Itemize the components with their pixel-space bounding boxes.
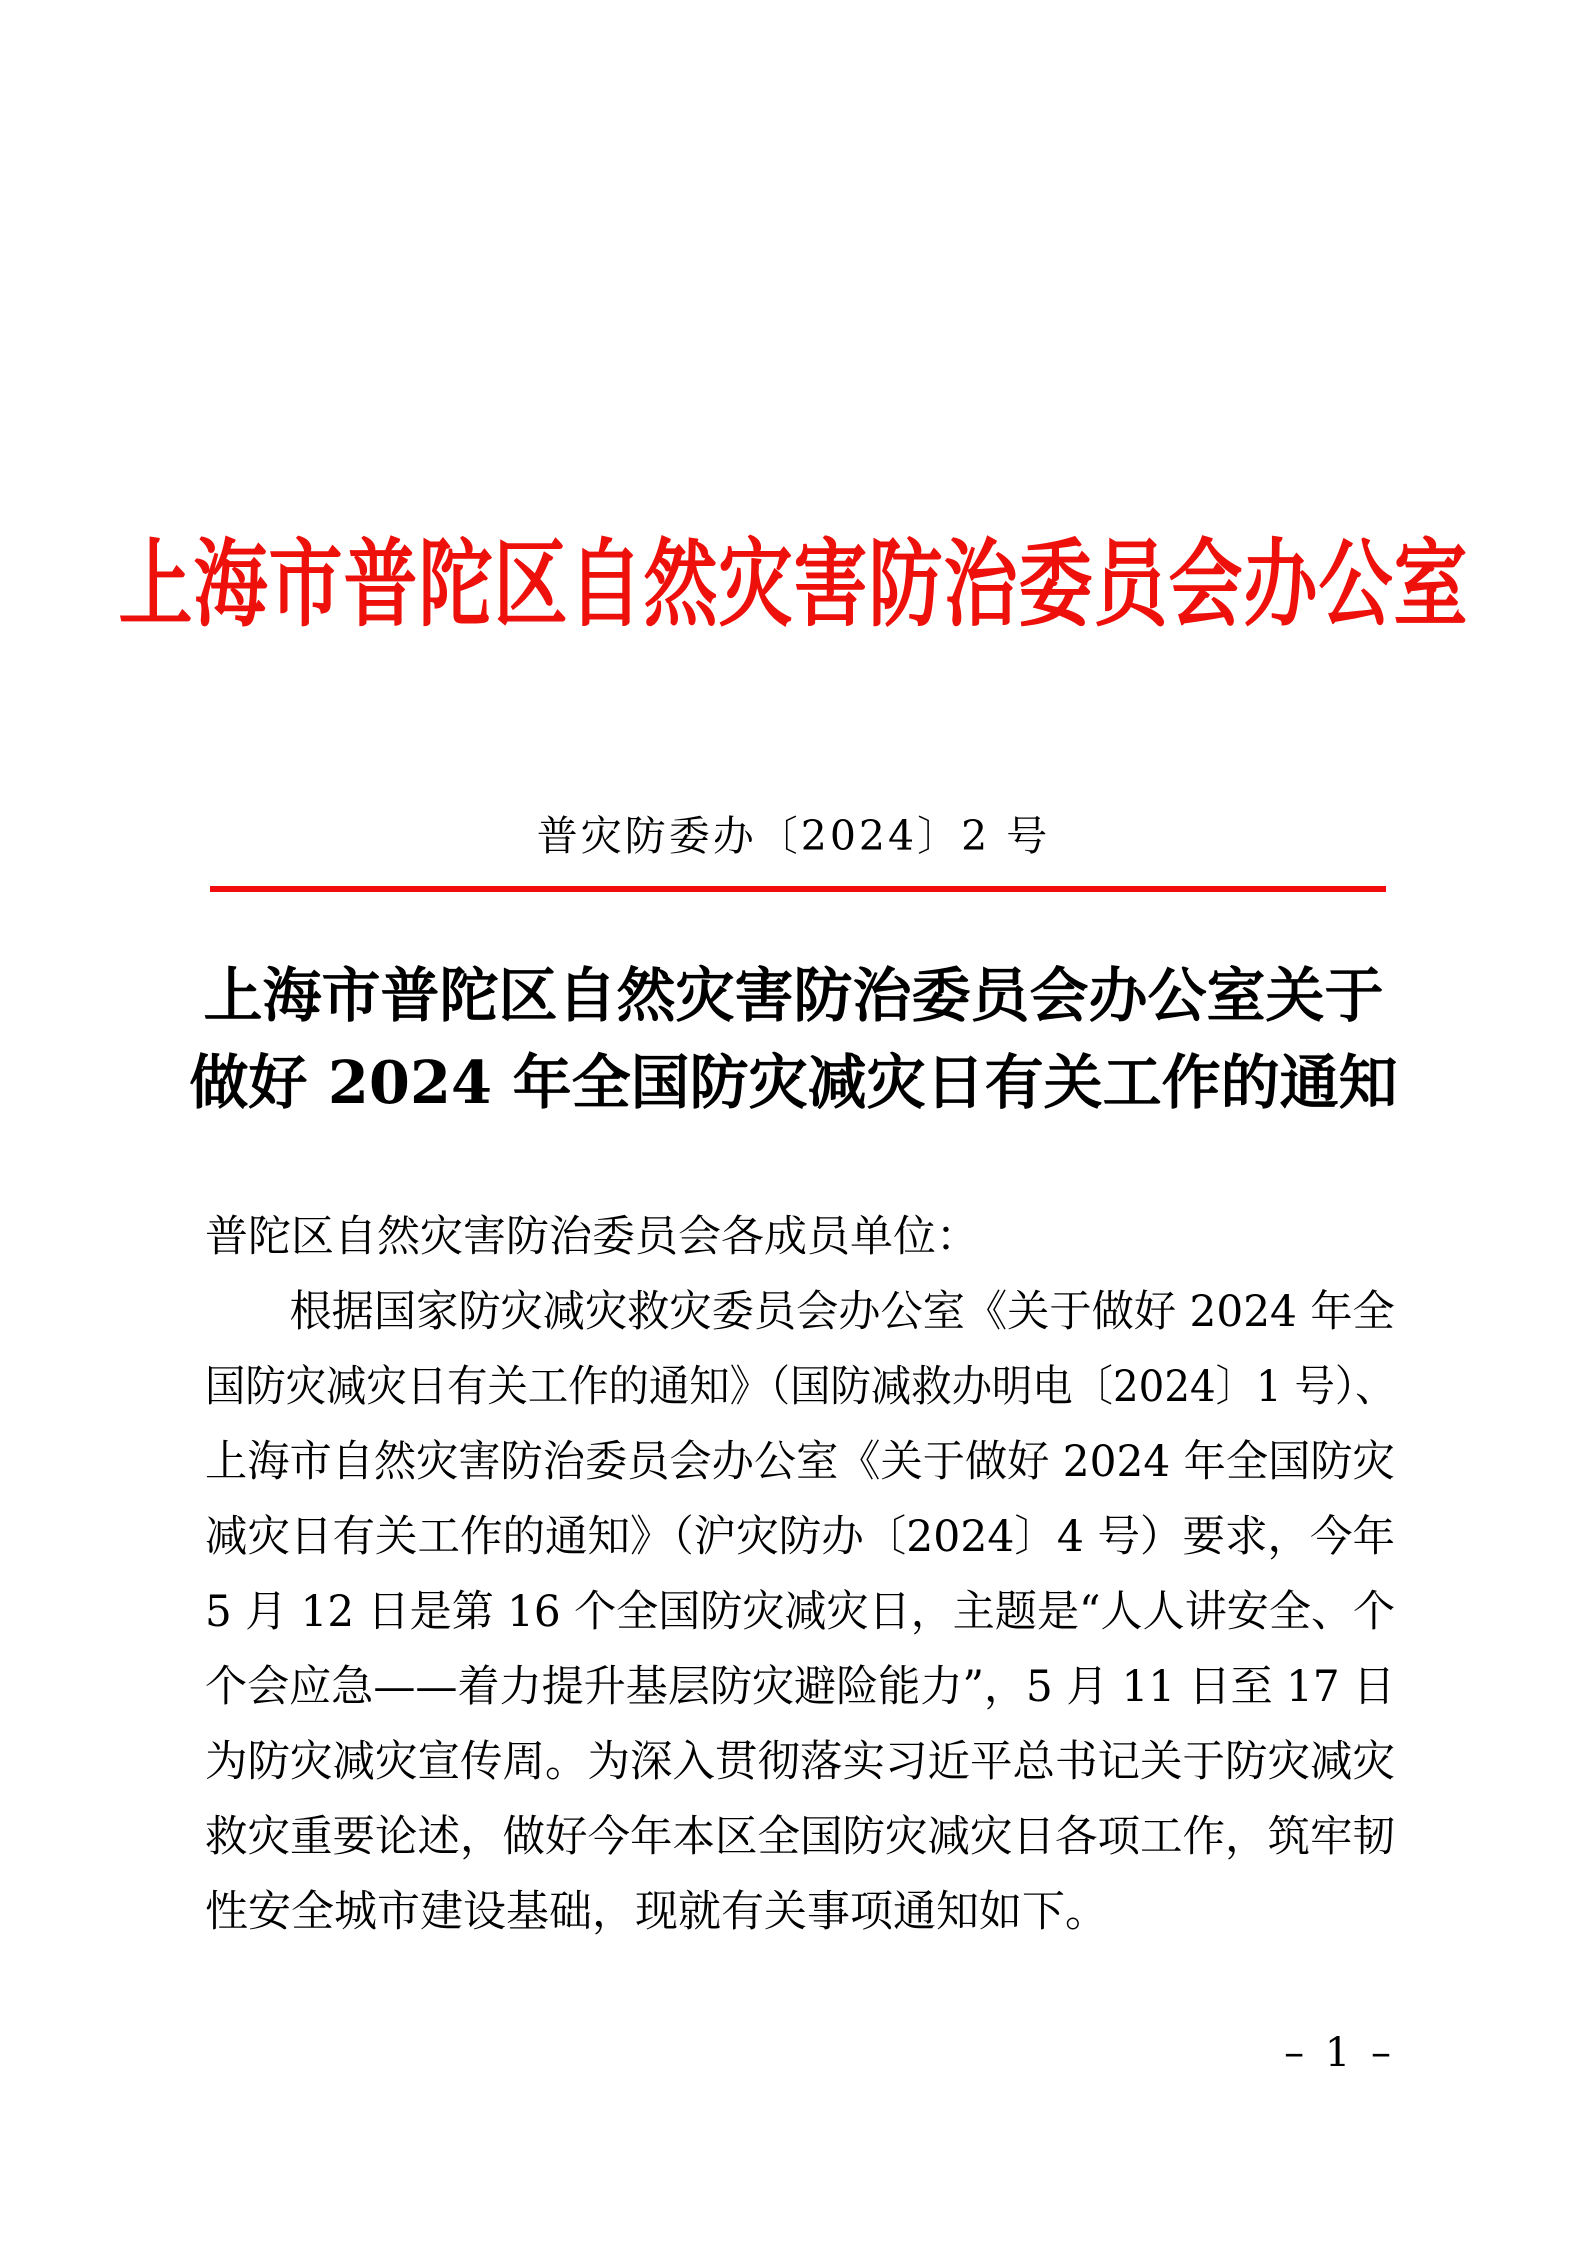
document-title-line1: 上海市普陀区自然灾害防治委员会办公室关于	[0, 952, 1587, 1039]
salutation-line: 普陀区自然灾害防治委员会各成员单位：	[205, 1200, 1395, 1275]
body-line: 上海市自然灾害防治委员会办公室《关于做好 2024 年全国防灾	[205, 1425, 1373, 1500]
red-separator-rule	[210, 886, 1386, 892]
body-line: 根据国家防灾减灾救灾委员会办公室《关于做好 2024 年全	[205, 1275, 1373, 1350]
document-body: 普陀区自然灾害防治委员会各成员单位： 根据国家防灾减灾救灾委员会办公室《关于做好…	[205, 1200, 1395, 1950]
body-line: 5 月 12 日是第 16 个全国防灾减灾日，主题是“人人讲安全、个	[205, 1575, 1370, 1650]
body-line: 个会应急——着力提升基层防灾避险能力”，5 月 11 日至 17 日	[205, 1650, 1370, 1725]
body-line: 救灾重要论述，做好今年本区全国防灾减灾日各项工作，筑牢韧	[205, 1800, 1381, 1875]
body-line: 性安全城市建设基础，现就有关事项通知如下。	[205, 1875, 1395, 1950]
document-title-line2: 做好 2024 年全国防灾减灾日有关工作的通知	[0, 1039, 1587, 1126]
page-number: – 1 –	[1284, 2030, 1395, 2076]
body-line: 减灾日有关工作的通知》（沪灾防办〔2024〕4 号）要求，今年	[205, 1500, 1381, 1575]
agency-header: 上海市普陀区自然灾害防治委员会办公室	[0, 502, 1587, 668]
body-line: 为防灾减灾宣传周。为深入贯彻落实习近平总书记关于防灾减灾	[205, 1725, 1381, 1800]
document-title: 上海市普陀区自然灾害防治委员会办公室关于 做好 2024 年全国防灾减灾日有关工…	[0, 952, 1587, 1126]
doc-number: 普灾防委办〔2024〕2 号	[0, 806, 1587, 866]
body-line: 国防灾减灾日有关工作的通知》（国防减救办明电〔2024〕1 号）、	[205, 1350, 1322, 1425]
document-page: 上海市普陀区自然灾害防治委员会办公室 普灾防委办〔2024〕2 号 上海市普陀区…	[0, 0, 1587, 2245]
